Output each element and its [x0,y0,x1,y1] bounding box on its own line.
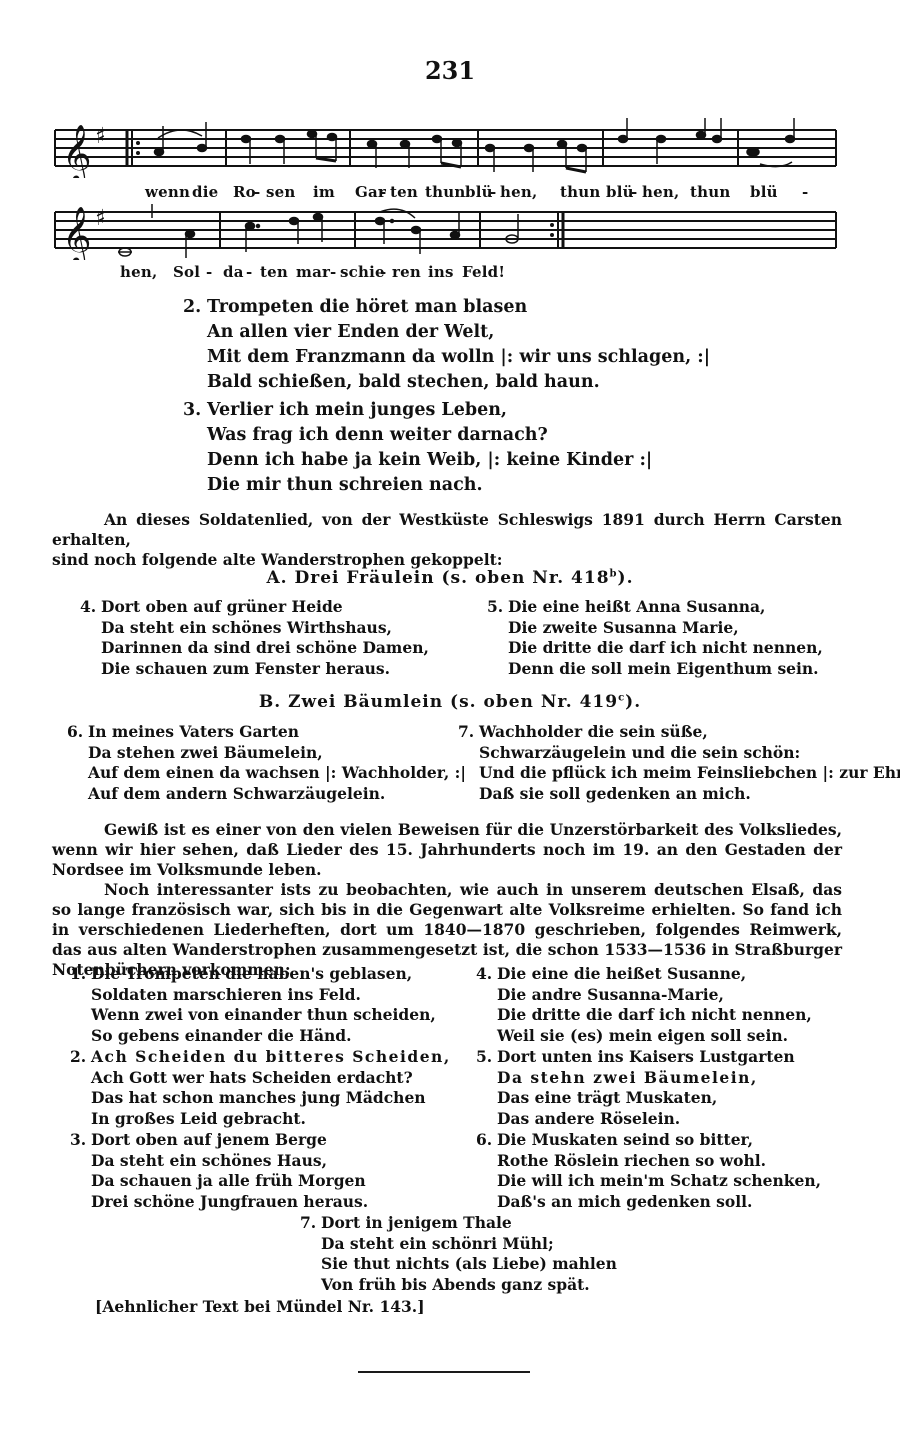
staff-lines-2: 𝄞 ♯ [50,200,840,260]
section-b-verse-6: 6.In meines Vaters Garten Da stehen zwei… [67,722,466,804]
commentary-paragraph-1: Gewiß ist es einer von den vielen Beweis… [52,820,842,880]
verse-number: 3. [183,398,207,423]
treble-clef-icon: 𝄞 [62,124,92,178]
page-number: 231 [0,56,900,85]
section-b-heading: B. Zwei Bäumlein (s. oben Nr. 419c). [0,692,900,712]
music-staff-1: 𝄞 ♯ [50,118,840,178]
alsace-verse-4: 4.Die eine die heißet Susanne, Die andre… [476,964,812,1046]
alsace-verse-5: 5.Dort unten ins Kaisers Lustgarten Da s… [476,1047,795,1129]
alsace-verse-6: 6.Die Muskaten seind so bitter, Rothe Rö… [476,1130,821,1212]
alsace-verse-1: 1.Die Trompeten die haben's geblasen, So… [70,964,436,1046]
sharp-icon: ♯ [95,206,106,231]
treble-clef-icon: 𝄞 [62,206,92,260]
staff-lines-1: 𝄞 ♯ [50,118,840,178]
section-a-verse-4: 4.Dort oben auf grüner Heide Da steht ei… [80,597,429,679]
section-a-heading: A. Drei Fräulein (s. oben Nr. 418b). [0,568,900,588]
sharp-icon: ♯ [95,124,106,149]
section-a-verse-5: 5.Die eine heißt Anna Susanna, Die zweit… [487,597,823,679]
intro-paragraph: An dieses Soldatenlied, von der Westküst… [52,510,842,570]
alsace-verse-2: 2.Ach Scheiden du bitteres Scheiden, Ach… [70,1047,451,1129]
song-verse-3: 3.Verlier ich mein junges Leben, Was fra… [183,398,652,498]
verse-number: 2. [183,295,207,320]
music-staff-2: 𝄞 ♯ [50,200,840,260]
section-b-verse-7: 7.Wachholder die sein süße, Schwarzäugel… [458,722,900,804]
alsace-verse-3: 3.Dort oben auf jenem Berge Da steht ein… [70,1130,368,1212]
song-verse-2: 2.Trompeten die höret man blasen An alle… [183,295,710,395]
source-footnote: [Aehnlicher Text bei Mündel Nr. 143.] [95,1297,425,1318]
staff-2-lyrics: hen, Sol - da - ten mar - schie - ren in… [50,263,840,283]
alsace-verse-7: 7.Dort in jenigem Thale Da steht ein sch… [300,1213,617,1295]
closing-rule-divider [358,1371,530,1373]
